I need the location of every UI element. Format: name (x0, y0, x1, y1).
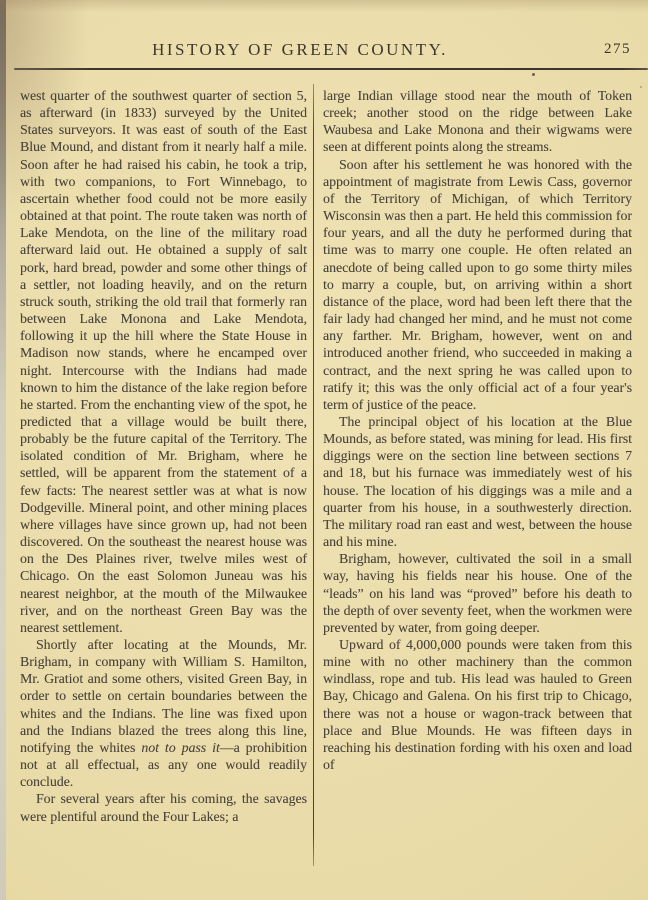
body-text: The principal object of his location at … (323, 414, 632, 549)
paragraph: For several years after his coming, the … (20, 790, 307, 824)
header-rule (14, 68, 648, 70)
body-text: Upward of 4,000,000 pounds were taken fr… (323, 637, 632, 772)
right-column: large Indian village stood near the mout… (323, 87, 632, 773)
ink-speck (640, 86, 642, 88)
body-text: west quarter of the southwest quarter of… (20, 88, 307, 635)
ink-speck (532, 73, 535, 76)
body-text: large Indian village stood near the mout… (323, 88, 632, 154)
running-title: HISTORY OF GREEN COUNTY. (152, 40, 448, 60)
italic-text: not to pass it (141, 740, 219, 755)
paragraph: The principal object of his location at … (323, 413, 632, 550)
column-divider (313, 84, 314, 866)
body-text: Shortly after locating at the Mounds, Mr… (20, 637, 307, 755)
book-page: HISTORY OF GREEN COUNTY. 275 west quarte… (0, 0, 648, 900)
paragraph: Upward of 4,000,000 pounds were taken fr… (323, 636, 632, 773)
ink-speck (41, 268, 43, 270)
paragraph: large Indian village stood near the mout… (323, 87, 632, 156)
body-text: Brigham, however, cultivated the soil in… (323, 551, 632, 635)
scan-top-shade (0, 0, 648, 12)
paragraph: Soon after his settlement he was honored… (323, 156, 632, 413)
page-number: 275 (604, 41, 631, 58)
scan-edge-left (0, 0, 6, 900)
left-column: west quarter of the southwest quarter of… (20, 87, 307, 825)
body-text: For several years after his coming, the … (20, 791, 307, 823)
body-text: Soon after his settlement he was honored… (323, 157, 632, 412)
paragraph: Shortly after locating at the Mounds, Mr… (20, 636, 307, 790)
paragraph: west quarter of the southwest quarter of… (20, 87, 307, 636)
paragraph: Brigham, however, cultivated the soil in… (323, 550, 632, 636)
